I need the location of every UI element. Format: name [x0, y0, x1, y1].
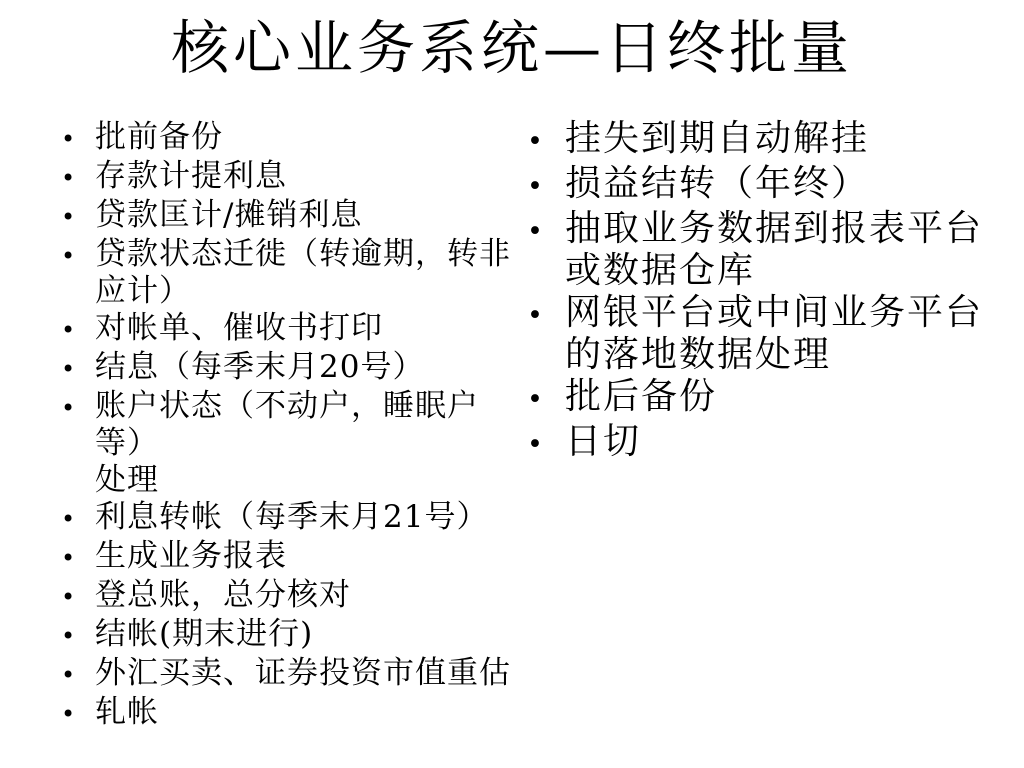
bullet-icon: •: [527, 211, 565, 253]
list-item: • 抽取业务数据到报表平台 或数据仓库: [527, 208, 1012, 292]
list-item: • 轧帐: [61, 694, 526, 733]
list-item: • 账户状态（不动户，睡眠户等） 处理: [61, 388, 526, 499]
list-item: • 批前备份: [61, 119, 526, 158]
bullet-icon: •: [527, 424, 565, 466]
list-item-text: 利息转帐（每季末月21号）: [95, 499, 526, 536]
list-item: • 利息转帐（每季末月21号）: [61, 499, 526, 538]
list-item-text: 网银平台或中间业务平台 的落地数据处理: [565, 292, 1012, 376]
list-item-text: 抽取业务数据到报表平台 或数据仓库: [565, 208, 1012, 292]
bullet-icon: •: [61, 238, 95, 275]
bullet-icon: •: [527, 379, 565, 421]
list-item-text: 贷款状态迁徙（转逾期，转非 应计）: [95, 236, 526, 310]
list-item-text: 登总账，总分核对: [95, 577, 526, 614]
list-item: • 贷款匡计/摊销利息: [61, 197, 526, 236]
bullet-icon: •: [527, 166, 565, 208]
left-bullet-list: • 批前备份 • 存款计提利息 • 贷款匡计/摊销利息 • 贷款状态迁徙（转逾期…: [61, 119, 526, 733]
list-item-text: 批后备份: [565, 376, 1012, 418]
bullet-icon: •: [61, 579, 95, 616]
list-item-text: 账户状态（不动户，睡眠户等） 处理: [95, 388, 526, 499]
bullet-icon: •: [527, 295, 565, 337]
list-item: • 网银平台或中间业务平台 的落地数据处理: [527, 292, 1012, 376]
bullet-icon: •: [61, 312, 95, 349]
bullet-icon: •: [61, 618, 95, 655]
list-item: • 挂失到期自动解挂: [527, 118, 1012, 163]
list-item-text: 轧帐: [95, 694, 526, 731]
bullet-icon: •: [61, 657, 95, 694]
list-item-text: 结帐(期末进行): [95, 616, 526, 653]
slide: 核心业务系统—日终批量 • 批前备份 • 存款计提利息 • 贷款匡计/摊销利息 …: [0, 0, 1024, 768]
list-item-text: 存款计提利息: [95, 158, 526, 195]
bullet-icon: •: [527, 121, 565, 163]
bullet-icon: •: [61, 351, 95, 388]
bullet-icon: •: [61, 199, 95, 236]
list-item: • 批后备份: [527, 376, 1012, 421]
list-item: • 日切: [527, 421, 1012, 466]
bullet-icon: •: [61, 121, 95, 158]
list-item: • 对帐单、催收书打印: [61, 310, 526, 349]
list-item: • 贷款状态迁徙（转逾期，转非 应计）: [61, 236, 526, 310]
list-item-text: 批前备份: [95, 119, 526, 156]
list-item-text: 结息（每季末月20号）: [95, 349, 526, 386]
list-item: • 损益结转（年终）: [527, 163, 1012, 208]
list-item-text: 贷款匡计/摊销利息: [95, 197, 526, 234]
list-item: • 外汇买卖、证券投资市值重估: [61, 655, 526, 694]
list-item: • 登总账，总分核对: [61, 577, 526, 616]
list-item: • 生成业务报表: [61, 538, 526, 577]
right-bullet-list: • 挂失到期自动解挂 • 损益结转（年终） • 抽取业务数据到报表平台 或数据仓…: [527, 118, 1012, 466]
list-item-text: 外汇买卖、证券投资市值重估: [95, 655, 526, 692]
slide-title: 核心业务系统—日终批量: [0, 8, 1024, 88]
bullet-icon: •: [61, 160, 95, 197]
list-item-text: 日切: [565, 421, 1012, 463]
list-item: • 存款计提利息: [61, 158, 526, 197]
list-item-text: 对帐单、催收书打印: [95, 310, 526, 347]
list-item-text: 损益结转（年终）: [565, 163, 1012, 205]
bullet-icon: •: [61, 501, 95, 538]
list-item: • 结息（每季末月20号）: [61, 349, 526, 388]
list-item: • 结帐(期末进行): [61, 616, 526, 655]
bullet-icon: •: [61, 540, 95, 577]
list-item-text: 挂失到期自动解挂: [565, 118, 1012, 160]
bullet-icon: •: [61, 696, 95, 733]
bullet-icon: •: [61, 390, 95, 427]
list-item-text: 生成业务报表: [95, 538, 526, 575]
